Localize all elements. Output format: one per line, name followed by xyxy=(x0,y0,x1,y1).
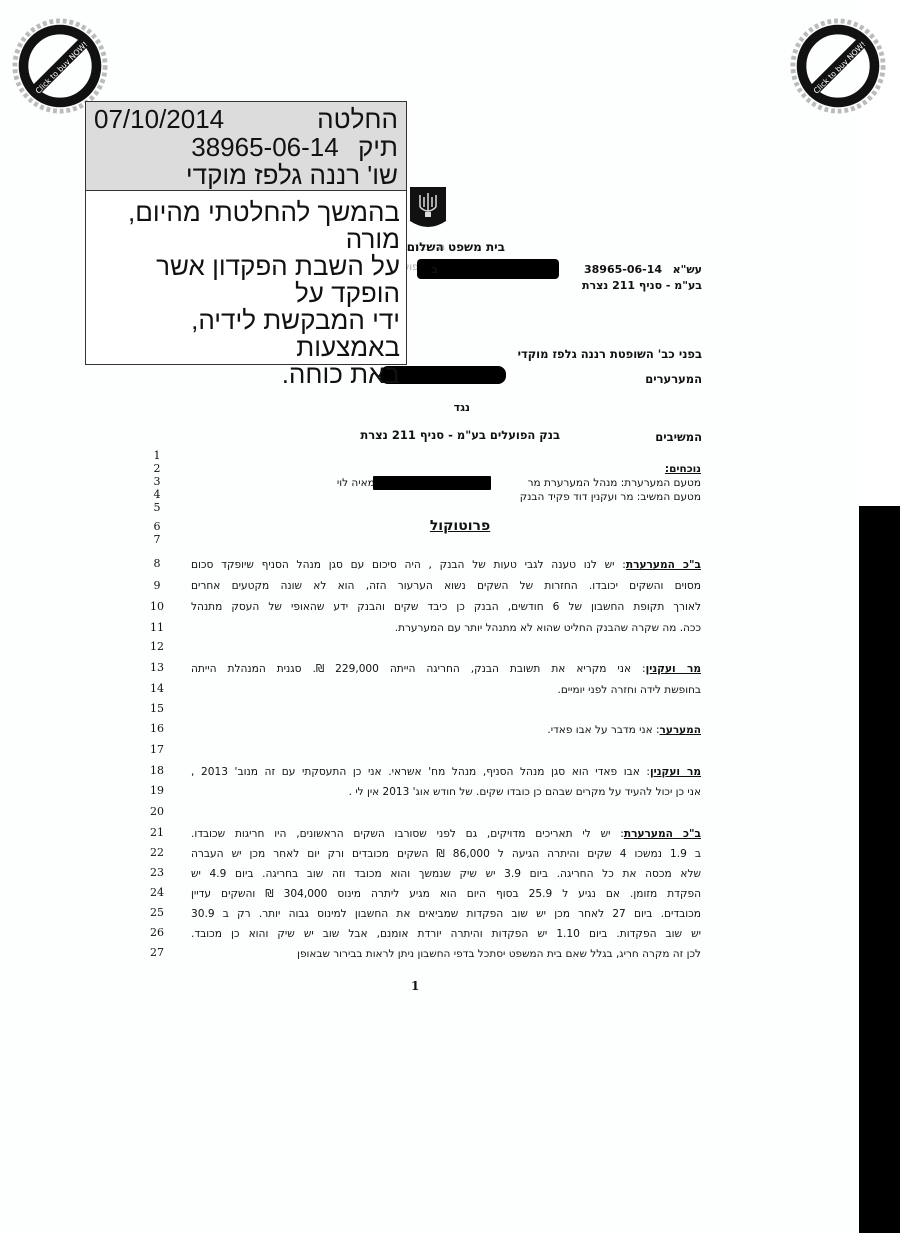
transcript-line: מכובדים. ביום 27 לאחר מכן יש שוב הפקדות … xyxy=(191,908,701,920)
transcript-line: מסוים והשקים יכובדו. החזרות של השקים נשו… xyxy=(191,580,701,592)
decision-label: החלטה xyxy=(317,105,398,133)
transcript-line: ב"כ המערערת: יש לנו טענה לגבי טעות של הב… xyxy=(191,559,701,571)
redacted-manager-name xyxy=(373,476,491,490)
page-number: 1 xyxy=(411,979,419,993)
transcript-line: מר ועקנין: אני מקריא את תשובת הבנק, החרי… xyxy=(191,663,701,675)
line-number: 20 xyxy=(148,805,166,818)
decision-body: בהמשך להחלטתי מהיום, מורהעל השבת הפקדון … xyxy=(86,191,406,388)
redacted-party-name xyxy=(417,259,559,279)
present-appellant-prefix: מטעם המערערת: מנהל המערערת מר xyxy=(528,477,701,489)
transcript-line: ב"כ המערערת: יש לי תאריכים מדויקים, גם ל… xyxy=(191,828,701,840)
present-respondent-side: מטעם המשיב: מר ועקנין דוד פקיד הבנק xyxy=(520,491,701,503)
decision-case-prefix: תיק xyxy=(358,132,398,162)
line-number: 26 xyxy=(148,926,166,939)
watermark-stamp-right[interactable]: Click to buy NOW! xyxy=(790,18,886,114)
transcript-line: יש שוב הפקדות. ביום 1.10 יש הפקדות והיתר… xyxy=(191,928,701,940)
judge-line: בפני כב' השופטת רננה גלפז מוקדי xyxy=(518,347,702,361)
decision-sticker: החלטה 07/10/2014 תיק 38965-06-14 שו' רננ… xyxy=(85,101,407,365)
no-entry-stamp-icon: Click to buy NOW! xyxy=(790,18,886,114)
line-number: 8 xyxy=(148,557,166,570)
decision-body-line: באת כוחה. xyxy=(92,361,400,388)
speaker-name: המערער xyxy=(660,724,701,736)
transcript-line: הפקדת מזומן. אם נגיע ל 25.9 בסוף היום הו… xyxy=(191,888,701,900)
bank-branch: בע"מ - סניף 211 נצרת xyxy=(582,279,702,292)
case-number: 38965-06-14 xyxy=(584,263,662,276)
transcript-line: לאורך תקופת החשבון של 6 חודשים, הבנק כן … xyxy=(191,601,701,613)
line-number: 7 xyxy=(148,533,166,546)
transcript-line: לכן זה מקרה חריג, בגלל שאם בית המשפט יסת… xyxy=(297,948,701,960)
svg-text:Click to buy NOW!: Click to buy NOW! xyxy=(34,40,90,96)
protocol-title: פרוטוקול xyxy=(0,518,900,534)
line-number: 22 xyxy=(148,846,166,859)
transcript-line: ככה. מה שקרה שהבנק החליט שהוא לא מתנהל י… xyxy=(395,622,701,634)
line-number: 24 xyxy=(148,886,166,899)
line-number: 4 xyxy=(148,488,166,501)
line-number: 10 xyxy=(148,600,166,613)
decision-case-number: 38965-06-14 xyxy=(191,133,338,161)
decision-case-row: תיק 38965-06-14 xyxy=(191,133,398,161)
case-prefix: עש"א xyxy=(673,263,702,276)
line-number: 25 xyxy=(148,906,166,919)
line-number: 14 xyxy=(148,682,166,695)
decision-judge: שו' רננה גלפז מוקדי xyxy=(186,161,398,189)
line-number: 11 xyxy=(148,621,166,634)
line-number: 21 xyxy=(148,826,166,839)
transcript-line: בחופשת לידה וחזרה לפני יומיים. xyxy=(557,684,701,696)
watermark-stamp-left[interactable]: Click to buy NOW! xyxy=(12,18,108,114)
line-number: 23 xyxy=(148,866,166,879)
decision-title-row: החלטה 07/10/2014 xyxy=(94,105,398,133)
scan-border-black-bar xyxy=(859,506,900,1233)
speaker-name: מר ועקנין xyxy=(646,663,701,675)
line-number: 2 xyxy=(148,462,166,475)
line-number: 9 xyxy=(148,579,166,592)
speaker-name: ב"כ המערערת xyxy=(624,828,701,840)
transcript-line: שלא מכסה את כל החריגה. ביום 3.9 יש שיק ש… xyxy=(191,868,701,880)
decision-body-line: על השבת הפקדון אשר הופקד על xyxy=(92,253,400,307)
line-number: 17 xyxy=(148,743,166,756)
versus-label: נגד xyxy=(454,401,470,414)
decision-header: החלטה 07/10/2014 תיק 38965-06-14 שו' רננ… xyxy=(86,102,406,191)
line-number: 27 xyxy=(148,946,166,959)
state-emblem-icon xyxy=(408,185,448,233)
speaker-name: ב"כ המערערת xyxy=(626,559,701,571)
transcript-line: ב 1.9 נמשכו 4 שקים והיתרה הגיעה ל 86,000… xyxy=(191,848,701,860)
line-number: 5 xyxy=(148,501,166,514)
decision-date: 07/10/2014 xyxy=(94,105,224,133)
line-number: 15 xyxy=(148,702,166,715)
line-number: 3 xyxy=(148,475,166,488)
line-number: 12 xyxy=(148,640,166,653)
transcript-line: מר ועקנין: אבו פאדי הוא סגן מנהל הסניף, … xyxy=(191,766,701,778)
case-party-partial: ב xyxy=(431,263,438,276)
speaker-name: מר ועקנין xyxy=(650,766,701,778)
present-label: נוכחים: xyxy=(665,463,701,475)
decision-body-line: בהמשך להחלטתי מהיום, מורה xyxy=(92,199,400,253)
line-number: 13 xyxy=(148,661,166,674)
line-number: 16 xyxy=(148,722,166,735)
decision-body-line: ידי המבקשת לידיה, באמצעות xyxy=(92,307,400,361)
svg-text:Click to buy NOW!: Click to buy NOW! xyxy=(812,40,868,96)
respondents-label: המשיבים xyxy=(655,430,702,444)
respondent-name: בנק הפועלים בע"מ - סניף 211 נצרת xyxy=(360,428,560,442)
transcript-line: המערער: אני מדבר על אבו פאדי. xyxy=(547,724,701,736)
line-number: 1 xyxy=(148,449,166,462)
no-entry-stamp-icon: Click to buy NOW! xyxy=(12,18,108,114)
transcript-line: אני כן יכול להעיד על מקרים שבהם כן כובדו… xyxy=(349,786,701,798)
appellants-label: המערערים xyxy=(645,372,702,386)
line-number: 18 xyxy=(148,764,166,777)
line-number: 19 xyxy=(148,784,166,797)
